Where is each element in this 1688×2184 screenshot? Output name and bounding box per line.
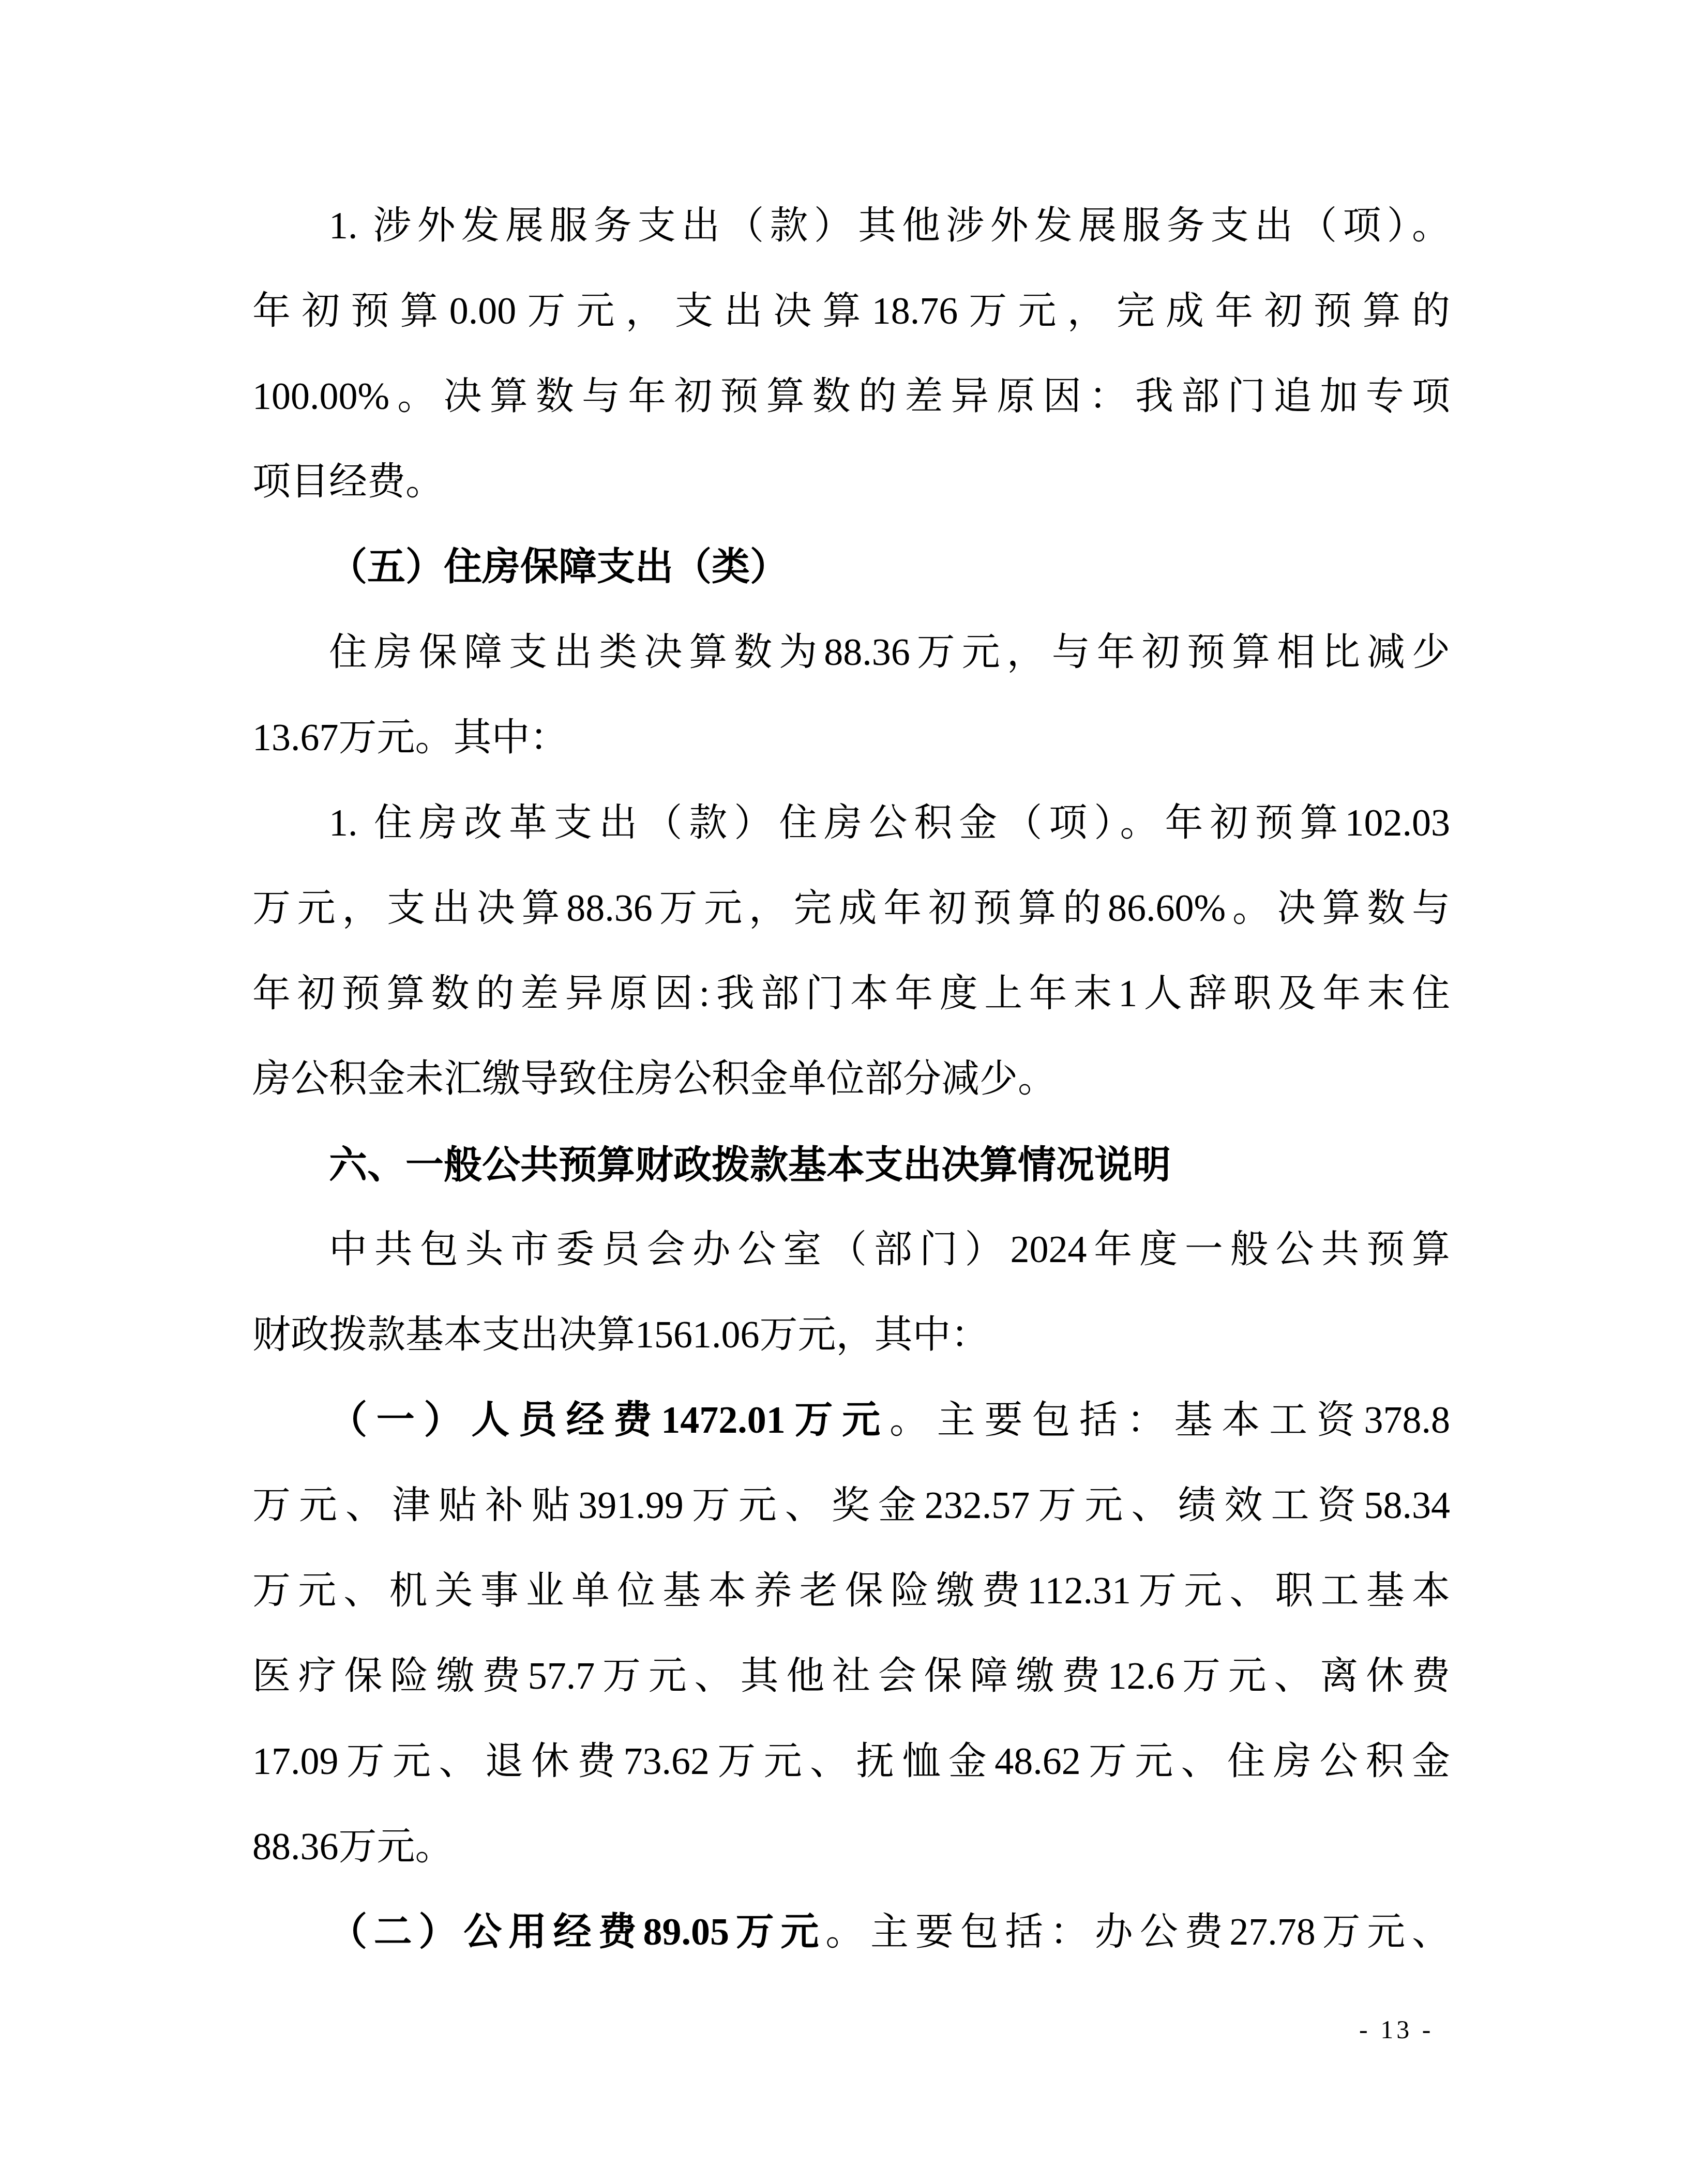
text-line: 1. 涉外发展服务支出（款）其他涉外发展服务支出（项）。	[252, 184, 1450, 269]
text-segment: 1. 住房改革支出（款）住房公积金（项）。年初预算102.03	[329, 802, 1450, 844]
text-line: 财政拨款基本支出决算1561.06万元，其中：	[252, 1293, 1450, 1378]
document-page: 1. 涉外发展服务支出（款）其他涉外发展服务支出（项）。年初预算0.00万元，支…	[0, 0, 1688, 2184]
text-segment: 万元，支出决算88.36万元，完成年初预算的86.60%。决算数与	[252, 887, 1450, 930]
text-segment: 住房保障支出类决算数为88.36万元，与年初预算相比减少	[329, 631, 1450, 674]
text-line: （五）住房保障支出（类）	[252, 525, 1450, 610]
text-line: 年初预算0.00万元，支出决算18.76万元，完成年初预算的	[252, 269, 1450, 354]
text-segment: 六、一般公共预算财政拨款基本支出决算情况说明	[329, 1143, 1171, 1186]
text-line: 年初预算数的差异原因:我部门本年度上年末1人辞职及年末住	[252, 951, 1450, 1037]
text-line: 万元、机关事业单位基本养老保险缴费112.31万元、职工基本	[252, 1549, 1450, 1634]
text-segment: 年初预算数的差异原因:我部门本年度上年末1人辞职及年末住	[252, 973, 1450, 1015]
document-body: 1. 涉外发展服务支出（款）其他涉外发展服务支出（项）。年初预算0.00万元，支…	[252, 184, 1450, 1975]
text-line: （一）人员经费1472.01万元。主要包括：基本工资378.8	[252, 1378, 1450, 1463]
text-segment: 。主要包括：办公费27.78万元、	[825, 1911, 1450, 1953]
text-segment: 13.67万元。其中：	[252, 717, 568, 759]
page-number: - 13 -	[1359, 2014, 1434, 2044]
text-line: 六、一般公共预算财政拨款基本支出决算情况说明	[252, 1122, 1450, 1207]
text-segment: 88.36万元。	[252, 1826, 454, 1868]
text-line: 房公积金未汇缴导致住房公积金单位部分减少。	[252, 1037, 1450, 1122]
text-segment: （五）住房保障支出（类）	[329, 546, 788, 588]
text-line: 万元、津贴补贴391.99万元、奖金232.57万元、绩效工资58.34	[252, 1463, 1450, 1549]
text-line: 1. 住房改革支出（款）住房公积金（项）。年初预算102.03	[252, 781, 1450, 866]
text-line: 17.09万元、退休费73.62万元、抚恤金48.62万元、住房公积金	[252, 1719, 1450, 1804]
text-segment: 1. 涉外发展服务支出（款）其他涉外发展服务支出（项）。	[329, 205, 1450, 247]
text-segment: （二）公用经费89.05万元	[329, 1911, 825, 1953]
text-line: 88.36万元。	[252, 1804, 1450, 1890]
text-line: （二）公用经费89.05万元。主要包括：办公费27.78万元、	[252, 1890, 1450, 1975]
text-line: 中共包头市委员会办公室（部门）2024年度一般公共预算	[252, 1207, 1450, 1293]
text-segment: 医疗保险缴费57.7万元、其他社会保障缴费12.6万元、离休费	[252, 1655, 1450, 1697]
text-line: 万元，支出决算88.36万元，完成年初预算的86.60%。决算数与	[252, 866, 1450, 951]
text-line: 医疗保险缴费57.7万元、其他社会保障缴费12.6万元、离休费	[252, 1634, 1450, 1719]
text-segment: 房公积金未汇缴导致住房公积金单位部分减少。	[252, 1058, 1056, 1100]
text-segment: 项目经费。	[252, 461, 444, 503]
text-segment: 。主要包括：基本工资378.8	[890, 1399, 1450, 1442]
text-segment: 万元、津贴补贴391.99万元、奖金232.57万元、绩效工资58.34	[252, 1484, 1450, 1527]
text-line: 13.67万元。其中：	[252, 695, 1450, 781]
text-segment: 万元、机关事业单位基本养老保险缴费112.31万元、职工基本	[252, 1570, 1450, 1612]
text-segment: 财政拨款基本支出决算1561.06万元，其中：	[252, 1314, 989, 1356]
text-segment: 17.09万元、退休费73.62万元、抚恤金48.62万元、住房公积金	[252, 1740, 1450, 1783]
text-line: 项目经费。	[252, 439, 1450, 525]
text-segment: 中共包头市委员会办公室（部门）2024年度一般公共预算	[329, 1228, 1450, 1271]
text-segment: 年初预算0.00万元，支出决算18.76万元，完成年初预算的	[252, 290, 1450, 332]
text-segment: 100.00%。决算数与年初预算数的差异原因：我部门追加专项	[252, 375, 1450, 418]
text-line: 住房保障支出类决算数为88.36万元，与年初预算相比减少	[252, 610, 1450, 695]
text-segment: （一）人员经费1472.01万元	[329, 1399, 890, 1442]
text-line: 100.00%。决算数与年初预算数的差异原因：我部门追加专项	[252, 354, 1450, 439]
